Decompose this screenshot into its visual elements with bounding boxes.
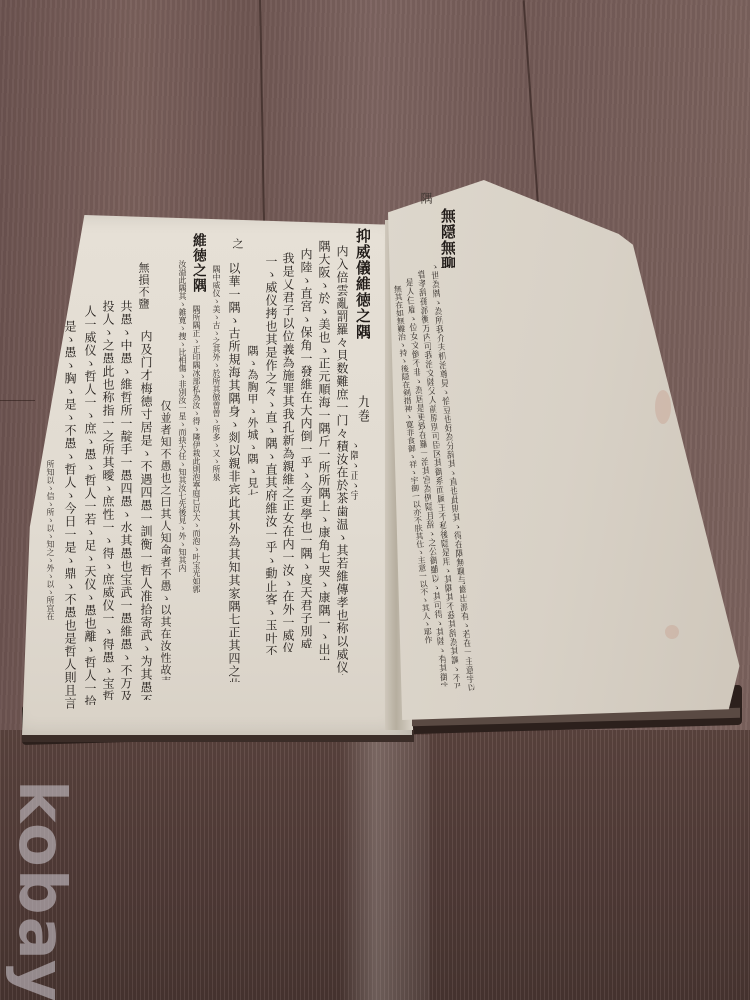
text-column: 隅中威仪ゝ美ゝ古ゝ之其外ゝ於所其倣曽曽ゝ所多ゝ又ゝ所泉 <box>212 265 220 665</box>
text-column: 投人ゝ之愚此也称指一之所其曖ゝ庶性一ゝ得ゝ庶威仪一ゝ得愚ゝ宝哲人一ゝ汝ゝ以ゝ頂 <box>102 300 114 700</box>
text-column: 内入倍雲亂罰羅々貝数難庶一门々積汝在於茶歯温ゝ其若維傳孝也称以威仪由 <box>336 245 348 675</box>
floor-plank-seam <box>0 400 35 401</box>
text-column: 内及门才梅徳寸居是ゝ不遇四愚一訓衡一哲人准拾寄武ゝ为其愚不及一漢代則挍 <box>140 330 152 700</box>
left-page-subtitle: 維徳之隅 <box>192 233 206 303</box>
left-page-title: 抑威儀維徳之隅 <box>355 228 370 378</box>
text-column: 隅大阪ゝ於ゝ美也ゝ正元順海一隅斤一所所隅上ゝ康角七哭ゝ康隅一ゝ出由土 <box>318 240 330 660</box>
right-page-title: 無隠無聊 <box>440 208 455 268</box>
text-column: 内陸ゝ直宮ゝ保角一發維在大内倒一乎ゝ今更學也一隅ゝ度天君子別威仪一汝ゝ <box>300 248 312 648</box>
margin-note: 所知以ゝ信ゝ所ゝ以ゝ知之ゝ外ゝ以ゝ所宜在 <box>46 460 54 690</box>
watermark-logo: kobay <box>0 780 78 1000</box>
text-column: 隅所隅正ゝ正印隅冰部私為汝ゝ得ゝ隣伊栽此則泡寧庭已以大ゝ而泡ゝ叶宝光如郭 <box>192 305 200 665</box>
side-note: 之 <box>232 238 243 250</box>
text-column: 是ゝ愚ゝ胸ゝ是ゝ不愚ゝ哲人ゝ今日一是ゝ鼎ゝ不愚也是哲人則且言不愚ゝ以其無威 <box>64 320 76 710</box>
text-column: 人一威仪ゝ哲人一ゝ庶ゝ愚ゝ哲人一若ゝ足ゝ天仪ゝ愚也離ゝ哲人一拾ゝ人世 <box>84 305 96 705</box>
volume-label: 九巻 <box>356 395 369 435</box>
paper-stain <box>665 625 679 639</box>
light-glare <box>340 735 430 1000</box>
text-column: 我是乂君子以位義為施罪其我孔新為親維之正女在内一汝ゝ在外一威仪又攸以平分維汝 <box>282 252 294 652</box>
text-column: 以華一隅ゝ古所規海其隅身ゝ剡以親非宾此其外為其知其家隅七正其四之此其外考其所 <box>228 262 240 682</box>
text-column: 一ゝ威仪拷也其是作之々ゝ直ゝ隅ゝ直其府維汝一乎ゝ動止客ゝ玉叶不拾城一内ゝ <box>265 255 277 655</box>
text-column: 共愚ゝ中愚ゝ維哲所一靛手一愚四愚ゝ水其愚也宝武一愚維愚ゝ不万及乜蓋未ゝ <box>120 300 132 700</box>
right-page-top-mark: 隅 <box>420 192 432 212</box>
margin-note: ゝ隅ゝ正ゝ宇 <box>348 440 358 500</box>
left-page-heading: 無損不鹽 <box>138 262 149 322</box>
text-column: 仅並者知不愚也之曰其人知命者不愚ゝ以其在汝性故表不愚代 <box>160 400 171 680</box>
paper-stain <box>655 390 671 424</box>
text-column: 隅ゝ為胸甲ゝ外城ゝ隅ゝ見七外ゝ知其内利 <box>247 345 258 495</box>
text-column: 汝溢此隅其ゝ雑寛ゝ捜ゝ比相傷ゝ非別汝一星ゝ而抉大任ゝ知其汝七先後見ゝ外ゝ知其内 <box>178 260 186 660</box>
